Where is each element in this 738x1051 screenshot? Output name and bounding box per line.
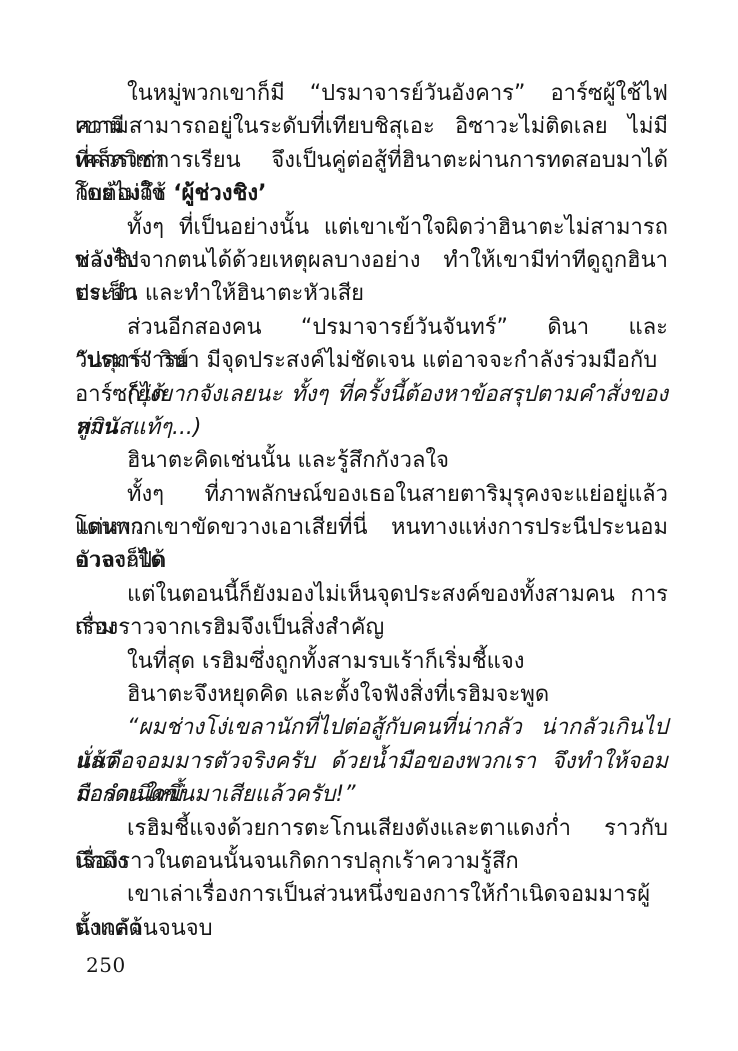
text-line: พลังไปจากตนได้ด้วยเหตุผลบางอย่าง ทำให้เข…	[75, 244, 668, 277]
text-line: ถือกำเนิดขึ้นมาเสียแล้วครับ!”	[75, 778, 668, 811]
text-line: โดนพวกเขาขัดขวางเอาเสียที่นี่ หนทางแห่งก…	[75, 511, 668, 544]
text-line: ที่ควรแก่การเรียน จึงเป็นคู่ต่อสู้ที่ฮิน…	[75, 144, 668, 177]
text-line: ทั้งๆ ที่เป็นอย่างนั้น แต่เขาเข้าใจผิดว่…	[75, 211, 668, 244]
text-line: เรฮิมชี้แจงด้วยการตะโกนเสียงดังและตาแดงก…	[75, 812, 668, 845]
page-number: 250	[86, 953, 126, 977]
text-line: ในหมู่พวกเขาก็มี “ปรมาจารย์วันอังคาร” อา…	[75, 77, 668, 110]
text-line: นั่นคือจอมมารตัวจริงครับ ด้วยน้ำมือของพว…	[75, 745, 668, 778]
text-line: ในที่สุด เรฮิมซึ่งถูกทั้งสามรบเร้าก็เริ่…	[75, 645, 668, 678]
text-line: ประจำ และทำให้ฮินาตะหัวเสีย	[75, 277, 668, 310]
text-line: ทั้งๆ ที่ภาพลักษณ์ของเธอในสายตาริมุรุคงจ…	[75, 478, 668, 511]
text-line: ส่วนอีกสองคน “ปรมาจารย์วันจันทร์” ดินา แ…	[75, 311, 668, 344]
text-line: ฮินาตะจึงหยุดคิด และตั้งใจฟังสิ่งที่เรฮิ…	[75, 678, 668, 711]
book-page: ในหมู่พวกเขาก็มี “ปรมาจารย์วันอังคาร” อา…	[0, 0, 738, 1051]
text-line: วันศุกร์” วินา มีจุดประสงค์ไม่ชัดเจน แต่…	[75, 344, 668, 377]
text-line: ตั้งแต่ต้นจนจบ	[75, 912, 668, 945]
text-line: เรื่องราวในตอนนั้นจนเกิดการปลุกเร้าความร…	[75, 845, 668, 878]
text-line: ลูมินัสแท้ๆ...)	[75, 411, 668, 444]
text-line: แต่ในตอนนี้ก็ยังมองไม่เห็นจุดประสงค์ของท…	[75, 578, 668, 611]
text-line: (ยุ่งยากจังเลยนะ ทั้งๆ ที่ครั้งนี้ต้องหา…	[75, 378, 668, 411]
text-run: กับต้องใช้	[75, 181, 173, 206]
text-line: ความสามารถอยู่ในระดับที่เทียบชิสุเอะ อิซ…	[75, 110, 668, 143]
page-text: ในหมู่พวกเขาก็มี “ปรมาจารย์วันอังคาร” อา…	[75, 77, 668, 945]
text-line: เรื่องราวจากเรฮิมจึงเป็นสิ่งสำคัญ	[75, 611, 668, 644]
text-line: ฮินาตะคิดเช่นนั้น และรู้สึกกังวลใจ	[75, 444, 668, 477]
text-line: กับต้องใช้ ‘ผู้ช่วงชิง’	[75, 177, 668, 210]
bold-term: ‘ผู้ช่วงชิง’	[173, 181, 266, 206]
text-line: ตัวลงก็ได้	[75, 544, 668, 577]
text-line: “ผมช่างโง่เขลานักที่ไปต่อสู้กับคนที่น่าก…	[75, 711, 668, 744]
text-line: เขาเล่าเรื่องการเป็นส่วนหนึ่งของการให้กำ…	[75, 878, 668, 911]
